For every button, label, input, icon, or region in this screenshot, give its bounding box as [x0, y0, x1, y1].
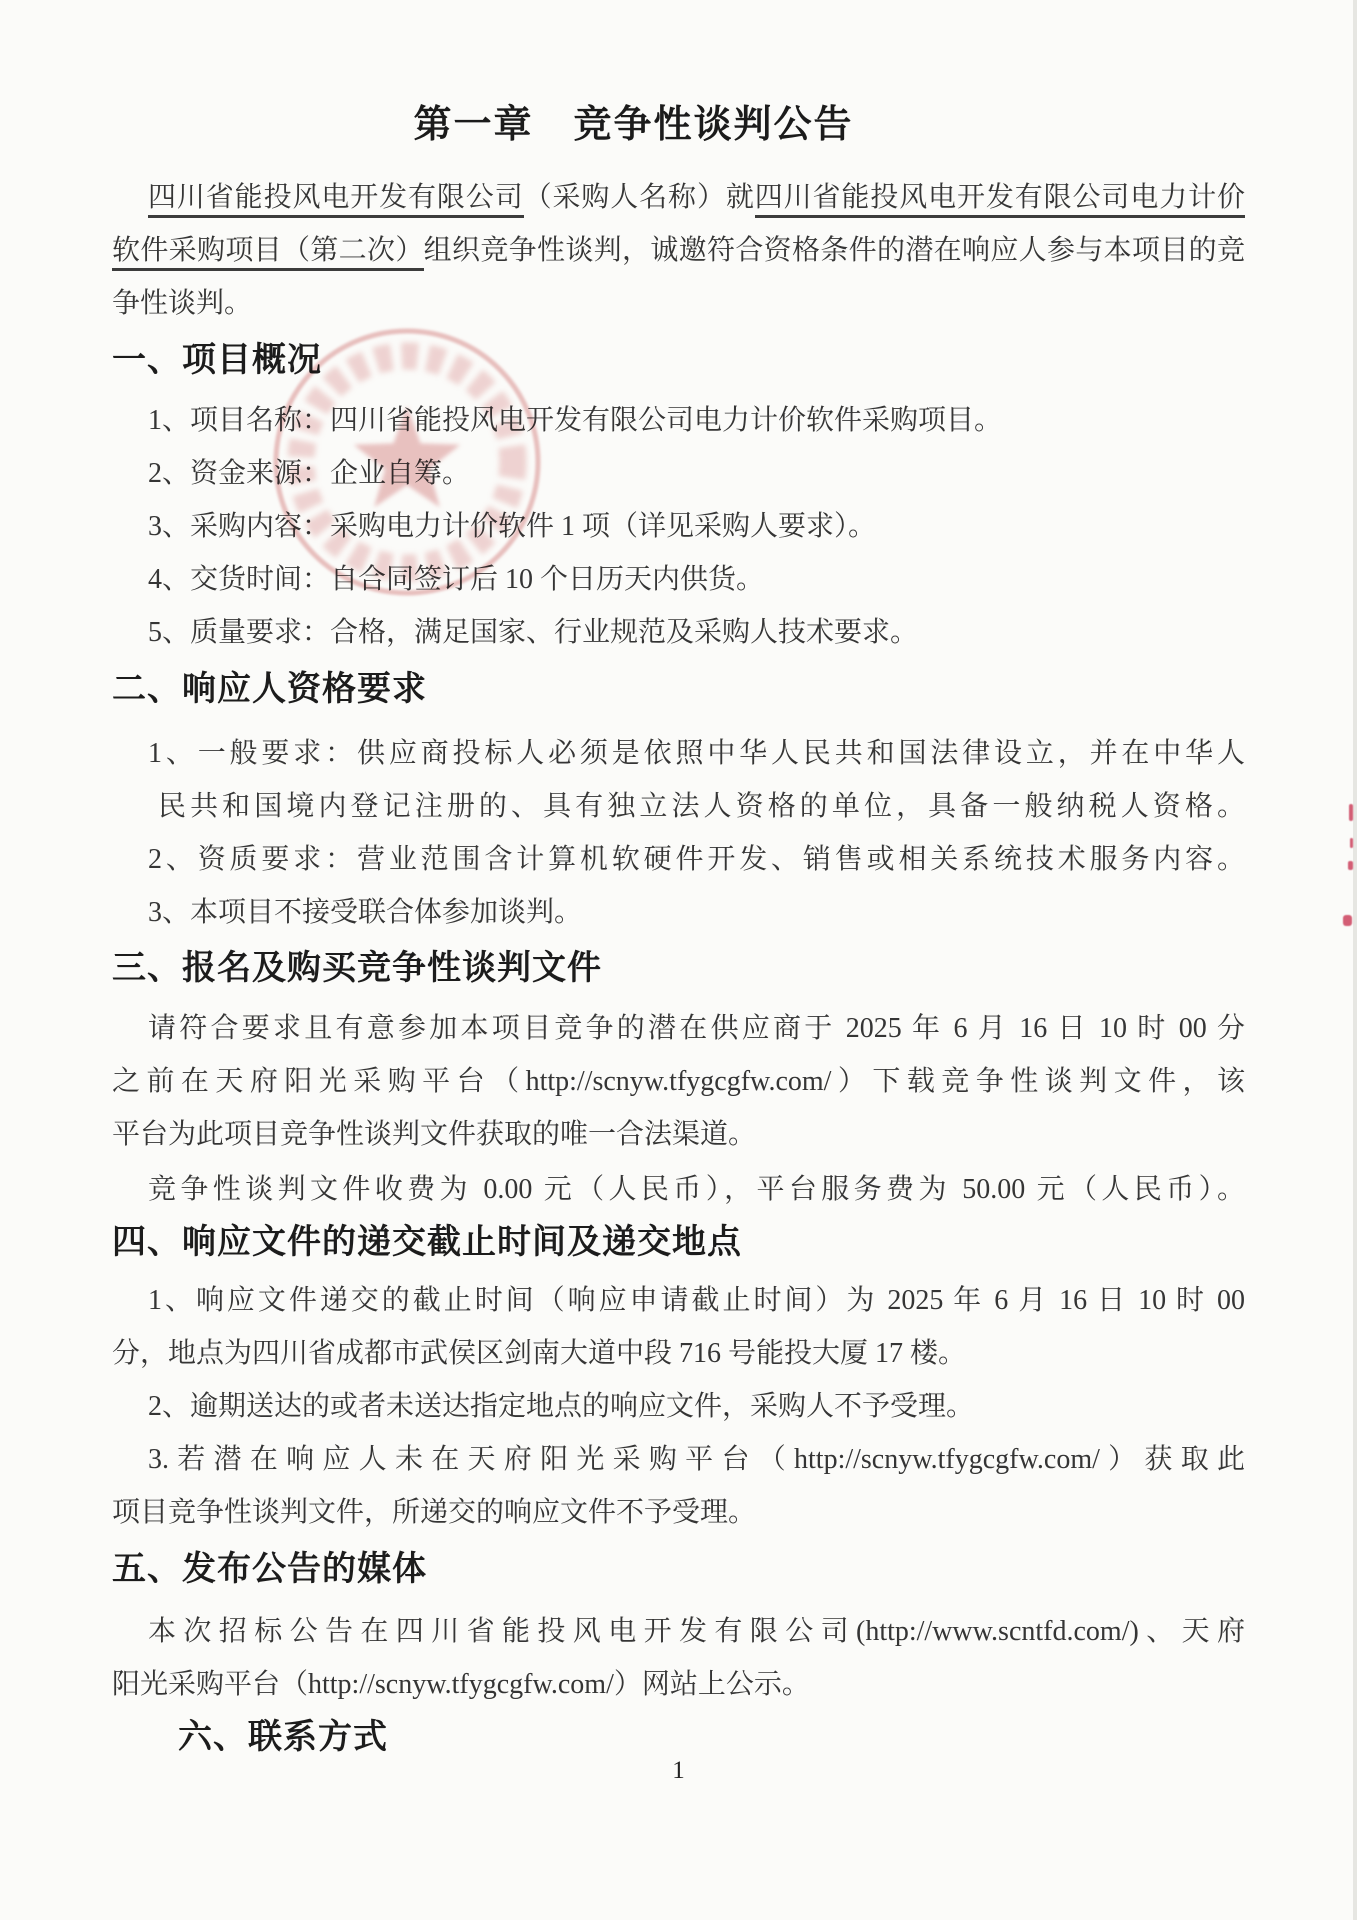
underlined-purchaser-name: 四川省能投风电开发有限公司 — [148, 182, 524, 218]
section4-item-1-line-1: 1、响应文件递交的截止时间（响应申请截止时间）为 2025 年 6 月 16 日… — [112, 1274, 1245, 1327]
section3-par-1-line-1: 请符合要求且有意参加本项目竞争的潜在供应商于 2025 年 6 月 16 日 1… — [112, 1002, 1245, 1055]
chapter-title-text: 第一章 竞争性谈判公告 — [413, 104, 853, 146]
section2-item-1-line-1: 1、一般要求：供应商投标人必须是依照中华人民共和国法律设立，并在中华人 — [112, 727, 1245, 780]
page-number: 1 — [0, 1756, 1357, 1786]
intro-line-1-middle: （采购人名称）就 — [524, 182, 755, 213]
document-page: 第一章 竞争性谈判公告 四川省能投风电开发有限公司（采购人名称）就四川省能投风电… — [0, 0, 1357, 1920]
section-heading-4: 四、响应文件的递交截止时间及递交地点 — [112, 1216, 1245, 1269]
section2-item-2: 2、资质要求：营业范围含计算机软硬件开发、销售或相关系统技术服务内容。 — [112, 833, 1245, 886]
section-heading-2: 二、响应人资格要求 — [112, 663, 1245, 716]
intro-line-2: 软件采购项目（第二次）组织竞争性谈判，诚邀符合资格条件的潜在响应人参与本项目的竞 — [112, 224, 1245, 277]
intro-line-1: 四川省能投风电开发有限公司（采购人名称）就四川省能投风电开发有限公司电力计价 — [112, 171, 1245, 224]
chapter-title: 第一章 竞争性谈判公告 — [112, 98, 1245, 152]
intro-line-2-rest: 组织竞争性谈判，诚邀符合资格条件的潜在响应人参与本项目的竞 — [424, 235, 1245, 266]
section3-par-2: 竞争性谈判文件收费为 0.00 元（人民币），平台服务费为 50.00 元（人民… — [112, 1163, 1245, 1216]
section1-item-1: 1、项目名称：四川省能投风电开发有限公司电力计价软件采购项目。 — [112, 394, 1245, 447]
section4-item-2: 2、逾期送达的或者未送达指定地点的响应文件，采购人不予受理。 — [112, 1380, 1245, 1433]
section2-item-3: 3、本项目不接受联合体参加谈判。 — [112, 886, 1245, 939]
red-ink-speck — [1348, 861, 1353, 870]
section1-item-3: 3、采购内容：采购电力计价软件 1 项（详见采购人要求）。 — [112, 500, 1245, 553]
section4-item-1-line-2: 分，地点为四川省成都市武侯区剑南大道中段 716 号能投大厦 17 楼。 — [112, 1327, 1245, 1380]
section3-par-1-line-2: 之前在天府阳光采购平台（http://scnyw.tfygcgfw.com/）下… — [112, 1055, 1245, 1108]
red-ink-speck — [1350, 838, 1353, 848]
section-heading-3: 三、报名及购买竞争性谈判文件 — [112, 942, 1245, 995]
section4-item-3-line-1: 3.若潜在响应人未在天府阳光采购平台（http://scnyw.tfygcgfw… — [112, 1433, 1245, 1486]
red-ink-speck — [1343, 915, 1352, 926]
section-heading-1: 一、项目概况 — [112, 334, 1245, 387]
intro-line-3: 争性谈判。 — [112, 277, 1245, 330]
section1-item-4: 4、交货时间：自合同签订后 10 个日历天内供货。 — [112, 553, 1245, 606]
section-heading-5: 五、发布公告的媒体 — [112, 1543, 1245, 1596]
red-ink-speck — [1349, 804, 1353, 821]
document-body: 四川省能投风电开发有限公司（采购人名称）就四川省能投风电开发有限公司电力计价 软… — [112, 171, 1245, 1764]
section3-par-1-line-3: 平台为此项目竞争性谈判文件获取的唯一合法渠道。 — [112, 1108, 1245, 1161]
section1-item-2: 2、资金来源：企业自筹。 — [112, 447, 1245, 500]
section2-item-1-line-2: 民共和国境内登记注册的、具有独立法人资格的单位，具备一般纳税人资格。 — [112, 780, 1245, 833]
underlined-project-name-part1: 四川省能投风电开发有限公司电力计价 — [755, 182, 1245, 218]
scan-edge-shadow — [1353, 0, 1357, 1920]
section5-line-1: 本次招标公告在四川省能投风电开发有限公司(http://www.scntfd.c… — [112, 1605, 1245, 1658]
section5-line-2: 阳光采购平台（http://scnyw.tfygcgfw.com/）网站上公示。 — [112, 1658, 1245, 1711]
section1-item-5: 5、质量要求：合格，满足国家、行业规范及采购人技术要求。 — [112, 606, 1245, 659]
section4-item-3-line-2: 项目竞争性谈判文件，所递交的响应文件不予受理。 — [112, 1486, 1245, 1539]
underlined-project-name-part2: 软件采购项目（第二次） — [112, 235, 424, 271]
